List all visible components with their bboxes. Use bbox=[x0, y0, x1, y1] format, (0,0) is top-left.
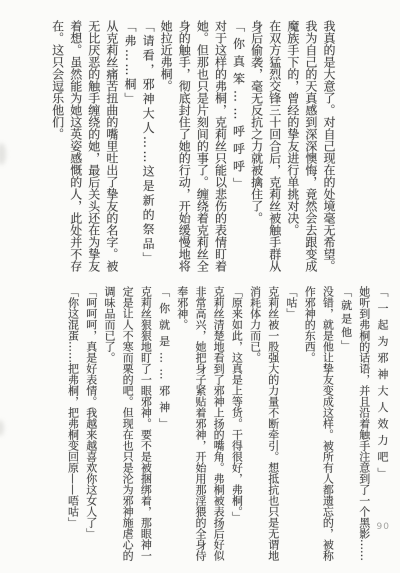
narration-paragraph: 没错，就是他让挚友变成这样。被所有人都遗忘的，被称作邪神的东西。 bbox=[300, 286, 336, 566]
narration-paragraph: 克莉丝清楚地看到了邪神上扬的嘴角。弗桐被表扬后好似非常高兴，她把身子紧贴着邪神，… bbox=[173, 286, 228, 566]
scan-smudge bbox=[0, 420, 4, 436]
page-number: 90 bbox=[377, 522, 390, 532]
narration-paragraph: 从克莉丝痛苦扭曲的嘴里吐出了挚友的名字。被无比厌恶的触手缠绕的她，最后关头还在为… bbox=[49, 20, 121, 278]
dialogue-line: 「你就是……邪神」 bbox=[154, 286, 172, 566]
dialogue-line: 「弗……桐」 bbox=[121, 20, 139, 278]
dialogue-line: 「就是他」 bbox=[336, 286, 354, 566]
dialogue-line: 「你这混蛋……把弗桐，把弗桐变回原——唔咕」 bbox=[63, 286, 81, 566]
dialogue-line: 「咕」 bbox=[282, 286, 300, 566]
dialogue-line: 「原来如此，这真是上等货。干得很好，弗桐。」 bbox=[227, 286, 245, 566]
narration-paragraph: 克莉丝被一股强大的力量不断牵引。想抵抗也只是无谓地消耗体力而已。 bbox=[245, 286, 281, 566]
scan-smudge bbox=[0, 143, 6, 165]
narration-paragraph: 我真的是大意了。对自己现在的处境毫无希望。我为自己的天真感到深深懊悔，竟然会去跟… bbox=[284, 20, 338, 278]
bottom-text-block: 「一起为邪神大人效力吧」 她听到弗桐的话语，并且沿着触手注意到了一个黑影…… 「… bbox=[63, 286, 391, 566]
narration-paragraph: 对于这样的弗桐，克莉丝只能以悲伤的表情盯着她。但那也只是片刻间的事了。缠绕着克莉… bbox=[157, 20, 229, 278]
narration-paragraph: 她听到弗桐的话语，并且沿着触手注意到了一个黑影…… bbox=[355, 286, 373, 566]
narration-paragraph: 克莉丝狠狠地盯了一眼邪神。要不是被捆绑着，那眼神一定是让人不寒而栗的吧。但现在也… bbox=[100, 286, 155, 566]
novel-page: 我真的是大意了。对自己现在的处境毫无希望。我为自己的天真感到深深懊悔，竟然会去跟… bbox=[0, 0, 400, 573]
dialogue-line: 「呵呵呵，真是好表情。我越来越喜欢你这女人了」 bbox=[82, 286, 100, 566]
dialogue-line: 「你真笨……呼呼呼」 bbox=[229, 20, 247, 278]
narration-paragraph: 在双方猛烈交锋三十回合后，克莉丝被触手群从身后偷袭，毫无反抗之力就被擒住了。 bbox=[248, 20, 284, 278]
dialogue-line: 「请看，邪神大人……这是新的祭品」 bbox=[139, 20, 157, 278]
top-text-block: 我真的是大意了。对自己现在的处境毫无希望。我为自己的天真感到深深懊悔，竟然会去跟… bbox=[49, 20, 339, 278]
